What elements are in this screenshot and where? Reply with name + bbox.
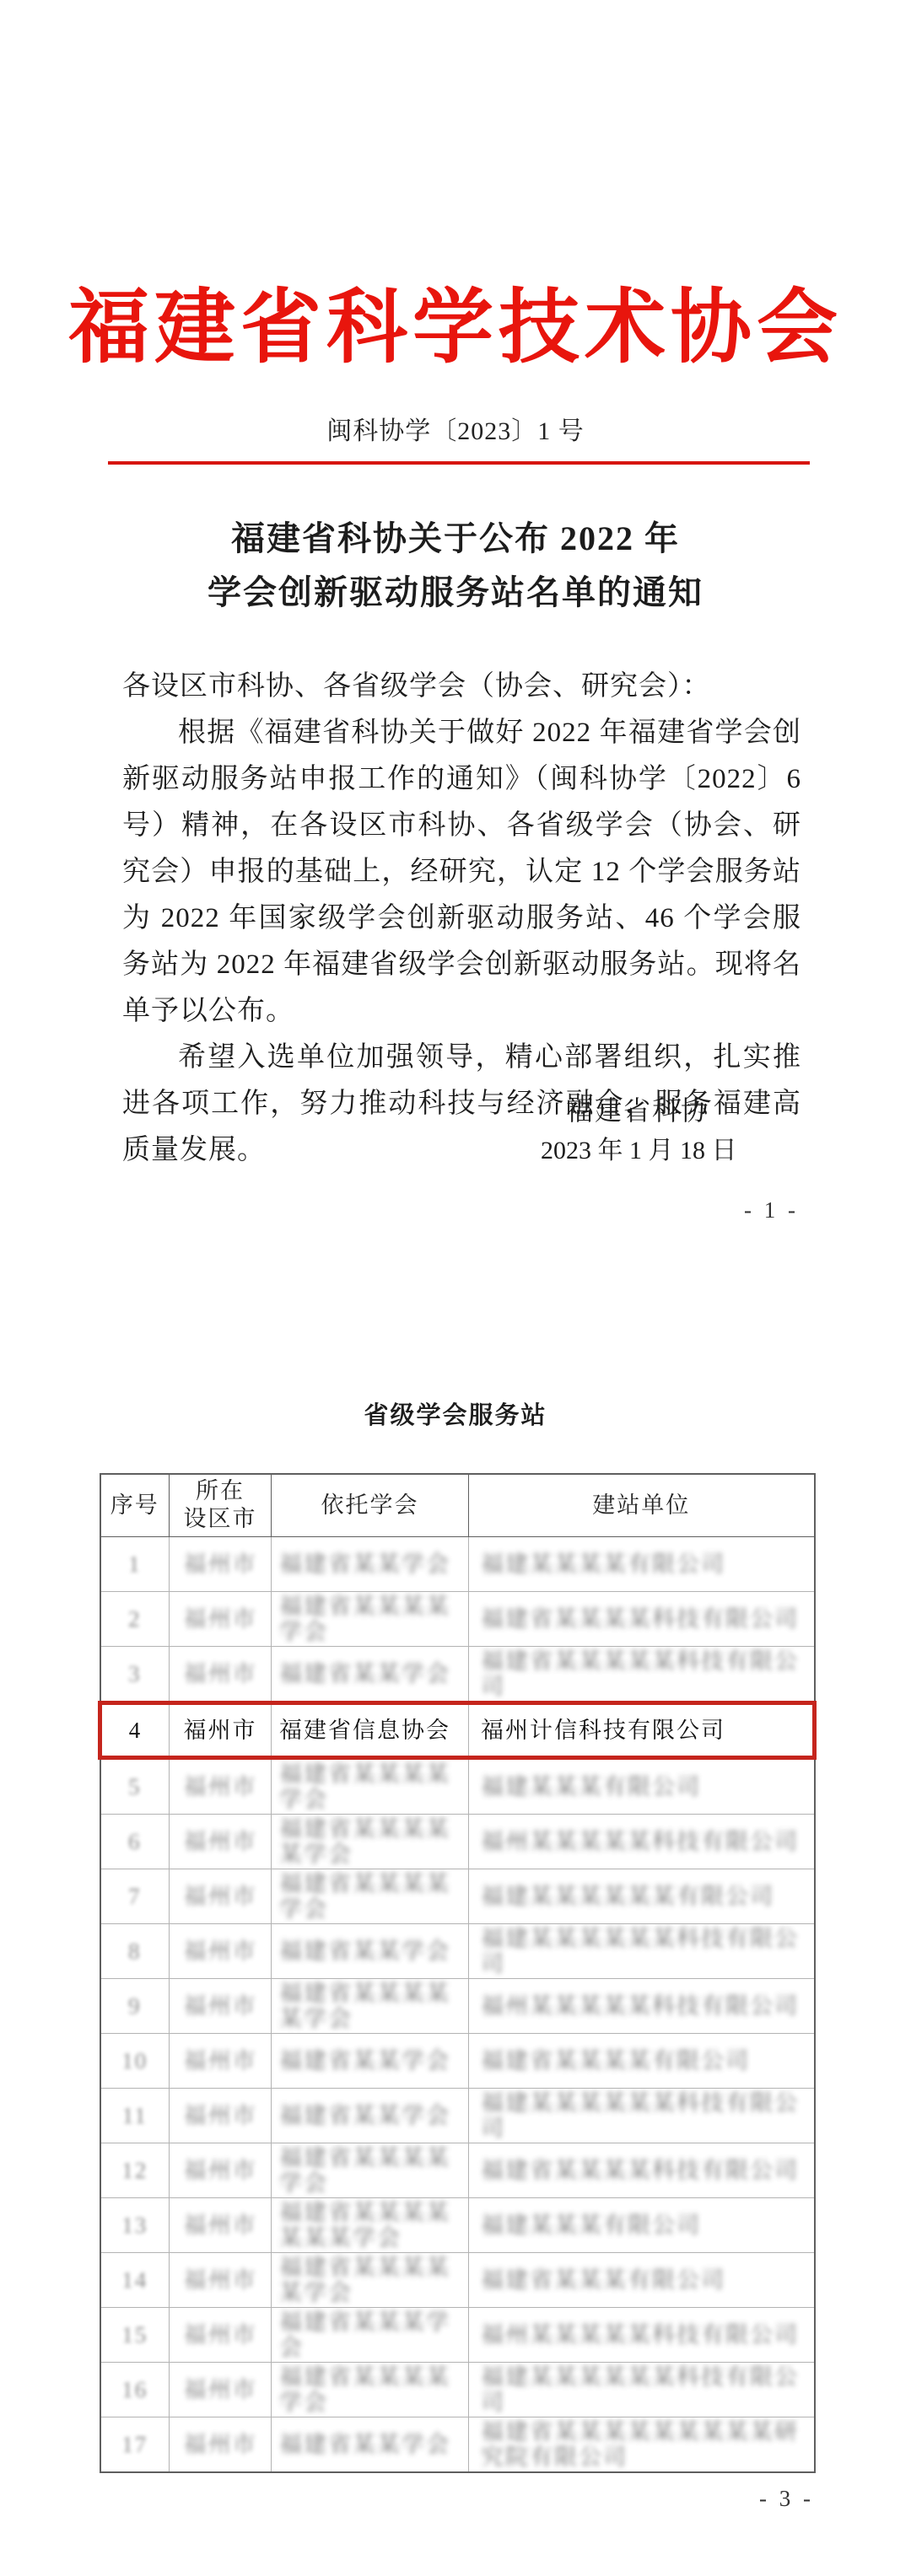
cell-unit: 福建某某某某某某科技有限公司 xyxy=(469,2362,815,2417)
cell-city: 福州市 xyxy=(170,2197,272,2252)
service-station-table: 序号 所在 设区市 依托学会 建站单位 1福州市福建省某某学会福建某某某某有限公… xyxy=(98,1473,817,2473)
cell-num: 10 xyxy=(100,2033,170,2088)
col-num: 序号 xyxy=(100,1474,170,1536)
cell-text: 福建某某某某某某科技有限公司 xyxy=(481,2090,809,2141)
table-header-row: 序号 所在 设区市 依托学会 建站单位 xyxy=(100,1474,815,1536)
table-heading: 省级学会服务站 xyxy=(0,1400,911,1432)
cell-num: 4 xyxy=(100,1702,170,1757)
cell-society: 福建省某某某某某学会 xyxy=(272,1814,469,1869)
col-unit: 建站单位 xyxy=(469,1474,815,1536)
cell-text: 福建省某某某某学会 xyxy=(279,2145,465,2196)
cell-text: 福州市 xyxy=(184,2213,257,2238)
cell-city: 福州市 xyxy=(170,1923,272,1978)
cell-city: 福州市 xyxy=(170,1757,272,1814)
cell-city: 福州市 xyxy=(170,2143,272,2197)
cell-text: 福建省某某学会 xyxy=(279,2103,450,2128)
cell-text: 福州市 xyxy=(184,1993,257,2019)
cell-city: 福州市 xyxy=(170,2417,272,2472)
cell-text: 福建省某某某某科技有限公司 xyxy=(481,2158,799,2183)
cell-society: 福建省某某某某学会 xyxy=(272,1591,469,1646)
cell-num: 5 xyxy=(100,1757,170,1814)
col-society: 依托学会 xyxy=(272,1474,469,1536)
table-row-blurred: 1福州市福建省某某学会福建某某某某有限公司 xyxy=(100,1536,815,1591)
cell-text: 福建某某某某某某科技有限公司 xyxy=(481,2364,809,2415)
cell-unit: 福建省某某某某某科技有限公司 xyxy=(469,1646,815,1702)
cell-text: 福建省某某某某学会 xyxy=(279,1761,465,1812)
table-row-blurred: 11福州市福建省某某学会福建某某某某某某科技有限公司 xyxy=(100,2088,815,2143)
cell-num: 15 xyxy=(100,2307,170,2362)
cell-city: 福州市 xyxy=(170,1814,272,1869)
sign-date: 2023 年 1 月 18 日 xyxy=(541,1137,735,1165)
cell-unit: 福建某某某某某某科技有限公司 xyxy=(469,1923,815,1978)
table-row-blurred: 6福州市福建省某某某某某学会福州某某某某某科技有限公司 xyxy=(100,1814,815,1869)
cell-num: 13 xyxy=(100,2197,170,2252)
cell-unit: 福建省某某某有限公司 xyxy=(469,2252,815,2307)
table-row-blurred: 17福州市福建省某某学会福建省某某某某某某某某某研究院有限公司 xyxy=(100,2417,815,2472)
table-row-blurred: 8福州市福建省某某学会福建某某某某某某科技有限公司 xyxy=(100,1923,815,1978)
cell-society: 福建省某某某某学会 xyxy=(272,2362,469,2417)
cell-num: 11 xyxy=(100,2088,170,2143)
cell-unit: 福州某某某某某科技有限公司 xyxy=(469,1814,815,1869)
cell-unit: 福建某某某有限公司 xyxy=(469,1757,815,1814)
cell-text: 福建省某某某某科技有限公司 xyxy=(481,1606,799,1632)
cell-society: 福建省某某学会 xyxy=(272,2417,469,2472)
cell-city: 福州市 xyxy=(170,1978,272,2033)
cell-text: 12 xyxy=(121,2158,148,2183)
cell-city: 福州市 xyxy=(170,1702,272,1757)
cell-unit: 福建某某某某某某科技有限公司 xyxy=(469,2088,815,2143)
cell-text: 1 xyxy=(128,1552,142,1577)
cell-text: 2 xyxy=(128,1606,142,1632)
table-row-blurred: 7福州市福建省某某某某学会福建某某某某某某有限公司 xyxy=(100,1869,815,1923)
cell-text: 福建省信息协会 xyxy=(279,1718,450,1743)
cell-text: 福建省某某学会 xyxy=(279,2048,450,2073)
cell-num: 8 xyxy=(100,1923,170,1978)
cell-text: 福建省某某某某学会 xyxy=(279,1871,465,1922)
table-row-blurred: 5福州市福建省某某某某学会福建某某某有限公司 xyxy=(100,1757,815,1814)
cell-society: 福建省某某学会 xyxy=(272,2033,469,2088)
cell-unit: 福建省某某某某某某某某某研究院有限公司 xyxy=(469,2417,815,2472)
cell-unit: 福建某某某有限公司 xyxy=(469,2197,815,2252)
cell-unit: 福州某某某某某科技有限公司 xyxy=(469,2307,815,2362)
cell-text: 福建省某某某某某学会 xyxy=(279,1981,465,2031)
cell-num: 6 xyxy=(100,1814,170,1869)
cell-unit: 福建省某某某某有限公司 xyxy=(469,2033,815,2088)
cell-text: 福州市 xyxy=(184,2322,257,2347)
cell-text: 福州市 xyxy=(184,1552,257,1577)
cell-unit: 福州计信科技有限公司 xyxy=(469,1702,815,1757)
table-row-blurred: 2福州市福建省某某某某学会福建省某某某某科技有限公司 xyxy=(100,1591,815,1646)
page-number-1: - 1 - xyxy=(744,1197,799,1223)
cell-text: 6 xyxy=(128,1829,142,1854)
cell-city: 福州市 xyxy=(170,2307,272,2362)
cell-num: 3 xyxy=(100,1646,170,1702)
cell-text: 福州市 xyxy=(184,2432,257,2457)
cell-text: 福州某某某某某科技有限公司 xyxy=(481,1993,799,2019)
col-city: 所在 设区市 xyxy=(170,1474,272,1536)
cell-city: 福州市 xyxy=(170,1646,272,1702)
cell-city: 福州市 xyxy=(170,2033,272,2088)
cell-text: 福州市 xyxy=(184,1661,257,1686)
cell-text: 福建省某某学会 xyxy=(279,1939,450,1964)
cell-city: 福州市 xyxy=(170,2252,272,2307)
signer-name: 福建省科协 xyxy=(541,1095,735,1126)
cell-text: 3 xyxy=(128,1661,142,1686)
document-page: 福建省科学技术协会 闽科协学〔2023〕1 号 福建省科协关于公布 2022 年… xyxy=(0,0,911,2576)
table-row-blurred: 10福州市福建省某某学会福建省某某某某有限公司 xyxy=(100,2033,815,2088)
cell-unit: 福建某某某某有限公司 xyxy=(469,1536,815,1591)
cell-text: 福州市 xyxy=(184,1774,257,1799)
cell-text: 福建省某某某有限公司 xyxy=(481,2267,725,2293)
cell-text: 11 xyxy=(122,2103,148,2128)
doc-number: 闽科协学〔2023〕1 号 xyxy=(0,417,911,446)
cell-city: 福州市 xyxy=(170,1536,272,1591)
cell-text: 福建省某某某某某某某学会 xyxy=(279,2200,465,2251)
cell-text: 15 xyxy=(121,2322,148,2347)
cell-text: 福州市 xyxy=(184,2103,257,2128)
table-body: 1福州市福建省某某学会福建某某某某有限公司2福州市福建省某某某某学会福建省某某某… xyxy=(100,1536,815,2472)
notice-title: 福建省科协关于公布 2022 年 学会创新驱动服务站名单的通知 xyxy=(0,512,911,620)
cell-text: 10 xyxy=(121,2048,148,2073)
cell-text: 福建省某某某某某科技有限公司 xyxy=(481,1648,809,1699)
cell-text: 9 xyxy=(128,1993,142,2019)
cell-text: 福州某某某某某科技有限公司 xyxy=(481,1829,799,1854)
cell-city: 福州市 xyxy=(170,1591,272,1646)
cell-society: 福建省某某某某学会 xyxy=(272,2143,469,2197)
table-row-blurred: 13福州市福建省某某某某某某某学会福建某某某有限公司 xyxy=(100,2197,815,2252)
cell-society: 福建省某某某某学会 xyxy=(272,1757,469,1814)
cell-num: 14 xyxy=(100,2252,170,2307)
cell-text: 福建省某某某某学会 xyxy=(279,2364,465,2415)
cell-unit: 福建省某某某某科技有限公司 xyxy=(469,2143,815,2197)
cell-text: 8 xyxy=(128,1939,142,1964)
cell-text: 福州市 xyxy=(184,1718,257,1743)
table-row-blurred: 9福州市福建省某某某某某学会福州某某某某某科技有限公司 xyxy=(100,1978,815,2033)
cell-num: 9 xyxy=(100,1978,170,2033)
cell-num: 7 xyxy=(100,1869,170,1923)
cell-society: 福建省某某某学会 xyxy=(272,2307,469,2362)
cell-text: 福建省某某某某某学会 xyxy=(279,1816,465,1867)
cell-text: 16 xyxy=(121,2377,148,2402)
table-row-highlighted: 4福州市福建省信息协会福州计信科技有限公司 xyxy=(100,1702,815,1757)
table-row-blurred: 15福州市福建省某某某学会福州某某某某某科技有限公司 xyxy=(100,2307,815,2362)
cell-text: 福州市 xyxy=(184,2048,257,2073)
cell-unit: 福州某某某某某科技有限公司 xyxy=(469,1978,815,2033)
cell-society: 福建省某某学会 xyxy=(272,2088,469,2143)
cell-society: 福建省某某某某某某某学会 xyxy=(272,2197,469,2252)
cell-text: 4 xyxy=(129,1718,143,1743)
table-row-blurred: 14福州市福建省某某某某某学会福建省某某某有限公司 xyxy=(100,2252,815,2307)
cell-text: 福建某某某某有限公司 xyxy=(481,1552,725,1577)
cell-text: 17 xyxy=(121,2432,148,2457)
cell-text: 福州市 xyxy=(184,1884,257,1909)
paragraph-1: 根据《福建省科协关于做好 2022 年福建省学会创新驱动服务站申报工作的通知》（… xyxy=(122,710,801,1035)
table-sheet: 省级学会服务站 序号 所在 设区市 依托学会 建站单位 1福州市福建省某某学会福… xyxy=(0,1400,911,1432)
cell-text: 福州计信科技有限公司 xyxy=(481,1718,725,1743)
cell-city: 福州市 xyxy=(170,2362,272,2417)
cell-unit: 福建某某某某某某有限公司 xyxy=(469,1869,815,1923)
cell-text: 7 xyxy=(128,1884,142,1909)
cell-text: 福建省某某某某有限公司 xyxy=(481,2048,750,2073)
cell-city: 福州市 xyxy=(170,1869,272,1923)
cell-text: 福建省某某学会 xyxy=(279,2432,450,2457)
cell-unit: 福建省某某某某科技有限公司 xyxy=(469,1591,815,1646)
cell-text: 13 xyxy=(121,2213,148,2238)
cell-society: 福建省信息协会 xyxy=(272,1702,469,1757)
cell-text: 福建省某某某学会 xyxy=(279,2310,465,2360)
cell-text: 福州市 xyxy=(184,2267,257,2293)
cell-num: 16 xyxy=(100,2362,170,2417)
cell-text: 福州市 xyxy=(184,2158,257,2183)
cell-text: 福建省某某学会 xyxy=(279,1661,450,1686)
cell-text: 福建某某某某某某有限公司 xyxy=(481,1884,774,1909)
cell-text: 福州市 xyxy=(184,2377,257,2402)
cell-num: 2 xyxy=(100,1591,170,1646)
notice-title-line-1: 福建省科协关于公布 2022 年 xyxy=(0,512,911,566)
cell-society: 福建省某某学会 xyxy=(272,1536,469,1591)
org-title: 福建省科学技术协会 xyxy=(0,0,911,375)
cell-text: 14 xyxy=(121,2267,148,2293)
salutation: 各设区市科协、各省级学会（协会、研究会）： xyxy=(122,664,801,710)
signature-block: 福建省科协 2023 年 1 月 18 日 xyxy=(541,1095,735,1165)
cell-text: 福建省某某某某某学会 xyxy=(279,2255,465,2305)
table-row-blurred: 3福州市福建省某某学会福建省某某某某某科技有限公司 xyxy=(100,1646,815,1702)
cell-text: 福建省某某学会 xyxy=(279,1552,450,1577)
cell-society: 福建省某某学会 xyxy=(272,1923,469,1978)
cell-text: 福州某某某某某科技有限公司 xyxy=(481,2322,799,2347)
cell-text: 福建省某某某某学会 xyxy=(279,1594,465,1644)
cell-num: 17 xyxy=(100,2417,170,2472)
cell-society: 福建省某某某某某学会 xyxy=(272,2252,469,2307)
cell-num: 1 xyxy=(100,1536,170,1591)
page-number-3: - 3 - xyxy=(759,2486,814,2512)
cell-num: 12 xyxy=(100,2143,170,2197)
table-row-blurred: 16福州市福建省某某某某学会福建某某某某某某科技有限公司 xyxy=(100,2362,815,2417)
cell-city: 福州市 xyxy=(170,2088,272,2143)
cell-text: 福建省某某某某某某某某某研究院有限公司 xyxy=(481,2419,809,2470)
cell-society: 福建省某某某某学会 xyxy=(272,1869,469,1923)
notice-title-line-2: 学会创新驱动服务站名单的通知 xyxy=(0,566,911,620)
cell-text: 福建某某某有限公司 xyxy=(481,1774,701,1799)
cell-text: 福州市 xyxy=(184,1606,257,1632)
red-divider-rule xyxy=(108,461,810,465)
cell-text: 福州市 xyxy=(184,1939,257,1964)
cell-text: 福建某某某某某某科技有限公司 xyxy=(481,1926,809,1976)
cell-text: 5 xyxy=(128,1774,142,1799)
table-row-blurred: 12福州市福建省某某某某学会福建省某某某某科技有限公司 xyxy=(100,2143,815,2197)
cell-text: 福州市 xyxy=(184,1829,257,1854)
cell-society: 福建省某某学会 xyxy=(272,1646,469,1702)
cell-text: 福建某某某有限公司 xyxy=(481,2213,701,2238)
cell-society: 福建省某某某某某学会 xyxy=(272,1978,469,2033)
